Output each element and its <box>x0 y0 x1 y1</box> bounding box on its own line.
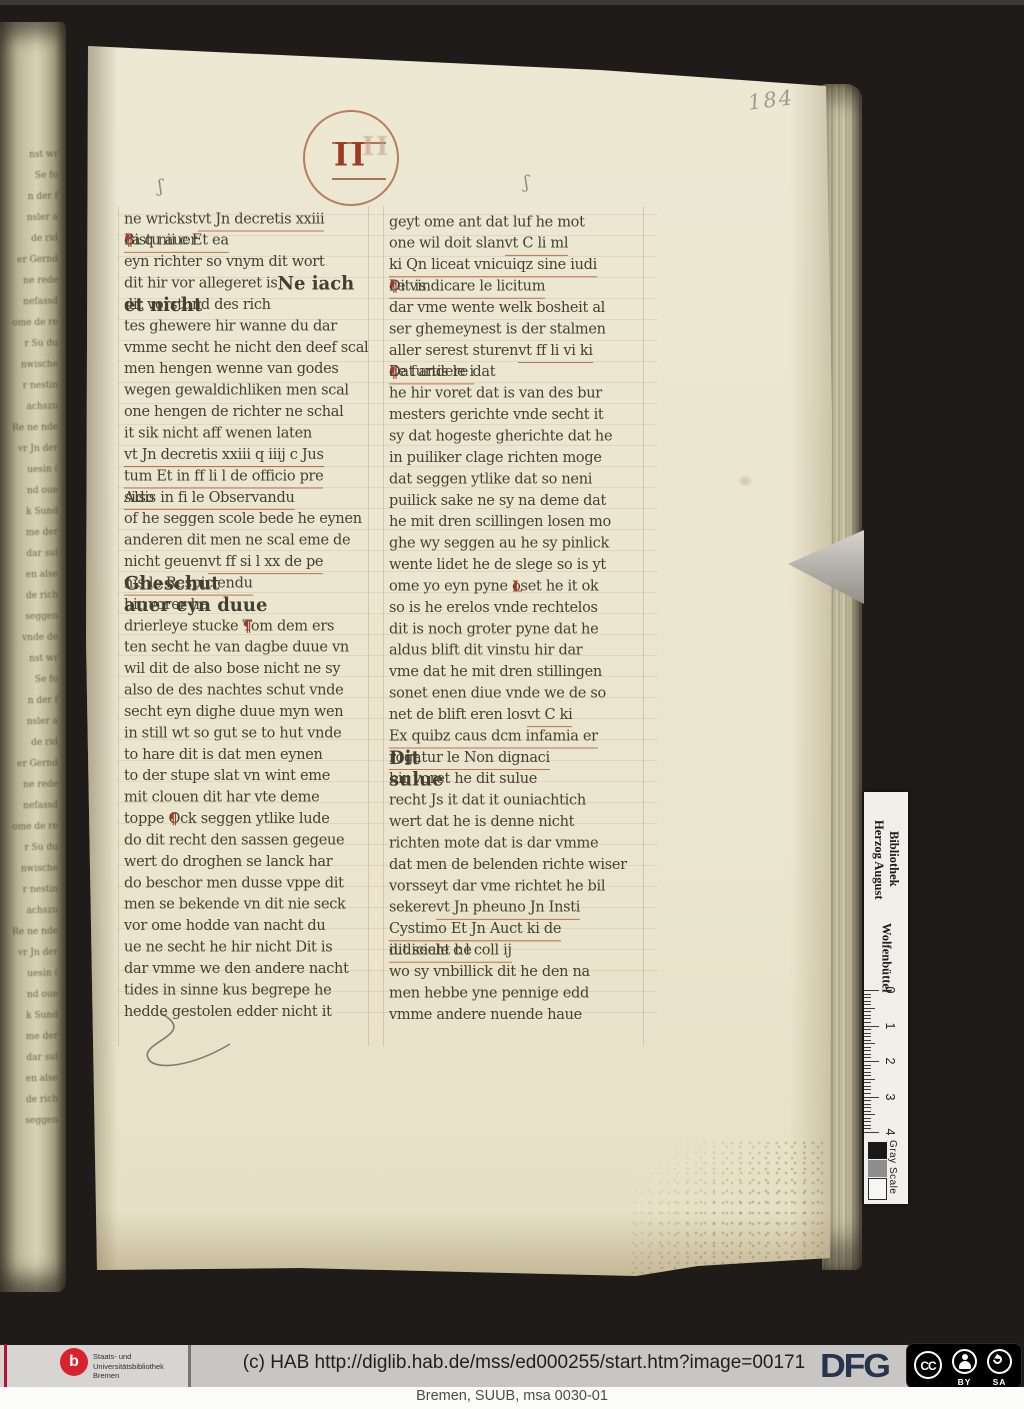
manuscript-line: of he seggen scole bede he eynen <box>124 509 376 530</box>
gutter-shadow <box>84 40 118 1272</box>
manuscript-line: ten secht he van dagbe duue vn <box>124 637 376 658</box>
manuscript-line: vme dat he mit dren stillingen <box>389 662 641 683</box>
manuscript-line: et nicht dit vorstund des rich <box>124 295 376 316</box>
manuscript-line: iudiciale c l coll ij dit secht he <box>389 940 641 961</box>
by-person-icon <box>952 1349 977 1374</box>
column-guide-line <box>383 206 384 1046</box>
manuscript-line: sulue hir voret he dit sulue <box>389 769 641 790</box>
manuscript-line: dat men de belenden richte wiser <box>389 855 641 876</box>
by-label: BY <box>952 1377 977 1387</box>
facing-page-fragment: Se fo <box>6 170 58 181</box>
manuscript-line: dar vmme we den andere nacht <box>124 959 376 980</box>
color-scale-strip: Herzog August Bibliothek Wolfenbüttel 01… <box>864 792 908 1204</box>
manuscript-line: in puiliker clage richten moge <box>389 448 641 469</box>
facing-page-fragment: de rid <box>6 233 58 244</box>
manuscript-line: wo sy vnbillick dit he den na <box>389 962 641 983</box>
manuscript-line: wert do droghen se lanck har <box>124 852 376 873</box>
manuscript-line: secht eyn dighe duue myn wen <box>124 702 376 723</box>
page-stain <box>738 476 752 486</box>
manuscript-line: wente lidet he de slege so is yt <box>389 555 641 576</box>
manuscript-line: ser ghemeynest is der stalmen <box>389 319 641 340</box>
manuscript-line: do beschor men dusse vppe dit <box>124 873 376 894</box>
grayscale-swatch <box>868 1160 887 1177</box>
manuscript-line: one hengen de richter ne schal <box>124 402 376 423</box>
circle-mark-rule <box>332 178 386 180</box>
facing-page-fragment: ne rede <box>6 275 58 286</box>
manuscript-line: to der stupe slat vn wint eme <box>124 766 376 787</box>
facing-page-fragment: Re ne nde <box>6 926 58 937</box>
suub-b-icon: b <box>60 1348 88 1376</box>
manuscript-line: vmme andere nuende haue <box>389 1005 641 1026</box>
manuscript-line: Cystimo Et Jn Auct ki de <box>389 919 641 940</box>
shelfmark-text: Bremen, SUUB, msa 0030-01 <box>0 1388 1024 1404</box>
facing-page-fragment: Se fo <box>6 674 58 685</box>
manuscript-line: he hir voret dat is van des bur <box>389 383 641 404</box>
grayscale-swatch <box>868 1142 887 1159</box>
manuscript-line: vor ome hodde van nacht du <box>124 916 376 937</box>
manuscript-line: wert dat he is denne nicht <box>389 812 641 833</box>
facing-page-fragment: achszu <box>6 905 58 916</box>
manuscript-line: ca q nii c Et ea ¶ Bistu auer <box>124 230 376 251</box>
manuscript-line: men hengen wenne van godes <box>124 359 376 380</box>
manuscript-column-1: ne wrickst vt Jn decretis xxiiica q nii … <box>124 209 376 1023</box>
facing-page-fragment: k Sund <box>6 1010 58 1021</box>
facing-page-fragment: de rich <box>6 1094 58 1105</box>
manuscript-line: to hare dit is dat men eynen <box>124 745 376 766</box>
manuscript-line: tes ghewere hir wanne du dar <box>124 316 376 337</box>
manuscript-line: geyt ome ant dat luf he mot <box>389 212 641 233</box>
suub-logo-bar <box>4 1362 7 1374</box>
facing-page-fragment: er Gernd <box>6 254 58 265</box>
pen-flourish <box>128 1008 268 1078</box>
facing-page-fragment: seggen <box>6 1115 58 1126</box>
facing-page-fragment: en alse <box>6 569 58 580</box>
facing-page-fragment: uesin ( <box>6 968 58 979</box>
manuscript-line: do dit recht den sassen gegeue <box>124 830 376 851</box>
column-guide-line <box>643 206 644 1046</box>
page-bottom-shade <box>86 1210 834 1276</box>
manuscript-line: dit hir vor allegeret is Ne iach <box>124 273 376 294</box>
manuscript-line: recht Js it dat it ouniachtich <box>389 790 641 811</box>
facing-page-fragment: nefassd <box>6 800 58 811</box>
sa-arrow-icon <box>987 1349 1012 1374</box>
facing-page-fragment: nst wr <box>6 149 58 160</box>
manuscript-line: in still wt so gut se to hut vnde <box>124 723 376 744</box>
manuscript-line: rogatur le Non dignaci Dit <box>389 748 641 769</box>
manuscript-line: mit clouen dit har vte deme <box>124 787 376 808</box>
manuscript-line: ue ne secht he hir nicht Dit is <box>124 937 376 958</box>
facing-page-fragment: vnde de <box>6 632 58 643</box>
facing-page-fragment: me der <box>6 527 58 538</box>
facing-page-text-fragments: nst wrSe fon der fnsler ade rider Gerndn… <box>0 22 66 1292</box>
page-stain <box>70 1040 86 1052</box>
manuscript-line: auer eyn duue hir vorer he <box>124 595 376 616</box>
manuscript-line: sekere vt Jn pheuno Jn Insti <box>389 897 641 918</box>
facing-page-fragment: dar sul <box>6 548 58 559</box>
facing-page-fragment: r Su du <box>6 338 58 349</box>
ruler-number: 1 <box>883 1020 897 1032</box>
manuscript-line: dat seggen ytlike dat so neni <box>389 469 641 490</box>
facing-page-fragment: uesin ( <box>6 464 58 475</box>
manuscript-line: de furtis le i ¶ Dat andere dat <box>389 362 641 383</box>
manuscript-line: vorsseyt dar vme richtet he bil <box>389 876 641 897</box>
facing-page-fragment: en alse <box>6 1073 58 1084</box>
scan-canvas: nst wrSe fon der fnsler ade rider Gerndn… <box>0 0 1024 1409</box>
cc-icon: CC <box>914 1351 942 1379</box>
facing-page-fragment: nsler a <box>6 716 58 727</box>
manuscript-column-2: geyt ome ant dat luf he motone wil doit … <box>389 212 641 1026</box>
bremen-line3: Bremen <box>93 1371 164 1381</box>
facing-page-fragment: nd oue <box>6 485 58 496</box>
facing-page-fragment: vr Jn der <box>6 443 58 454</box>
manuscript-line: wil dit de also bose nicht ne sy <box>124 659 376 680</box>
facing-page-fragment: Re ne nde <box>6 422 58 433</box>
bremen-line1: Staats- und <box>93 1352 164 1362</box>
manuscript-line: one wil doit slan vt C li ml <box>389 233 641 254</box>
ruler-number: 4 <box>883 1126 897 1138</box>
manuscript-line: eyn richter so vnym dit wort <box>124 252 376 273</box>
manuscript-line: ghe wy seggen au he sy pinlick <box>389 533 641 554</box>
facing-page-fragment: achszu <box>6 401 58 412</box>
manuscript-line: drierleye stucke ¶ Tom dem ers <box>124 616 376 637</box>
facing-page-fragment: nefassd <box>6 296 58 307</box>
manuscript-line: men se bekende vn dit nie seck <box>124 894 376 915</box>
pen-trial-mark: ʃ <box>524 172 529 193</box>
ruler-number: 2 <box>883 1055 897 1067</box>
suub-bars-logo <box>4 1349 56 1383</box>
cc-license-badge: CC BY SA <box>906 1343 1022 1389</box>
facing-page-fragment: er Gernd <box>6 758 58 769</box>
ruler-number: 0 <box>883 984 897 996</box>
facing-page-fragment: r nestin <box>6 380 58 391</box>
manuscript-line: aller serest sturen vt ff li vi ki <box>389 341 641 362</box>
facing-page-fragment: r nestin <box>6 884 58 895</box>
manuscript-line: dit is noch groter pyne dat he <box>389 619 641 640</box>
manuscript-line: mesters gerichte vnde secht it <box>389 405 641 426</box>
facing-page-fragment: nwische <box>6 863 58 874</box>
manuscript-line: also de des nachtes schut vnde <box>124 680 376 701</box>
manuscript-line: dar vme wente welk bosheit al <box>389 298 641 319</box>
manuscript-line: men hebbe yne pennige edd <box>389 983 641 1004</box>
facing-page-fragment: r Su du <box>6 842 58 853</box>
bremen-line2: Universitätsbibliothek <box>93 1362 164 1372</box>
manuscript-line: so is he erelos vnde rechtelos <box>389 598 641 619</box>
manuscript-line: ki Qn liceat vnicuiqz sine iudi <box>389 255 641 276</box>
facing-page-fragment: de rich <box>6 590 58 601</box>
manuscript-line: nis le Respiciendu Gheschut <box>124 573 376 594</box>
manuscript-line: wegen gewaldichliken men scal <box>124 380 376 401</box>
facing-page-fragment: ome de re <box>6 317 58 328</box>
facing-page-fragment: nd oue <box>6 989 58 1000</box>
circle-mark-numeral: II <box>334 137 368 174</box>
copyright-url-text: (c) HAB http://diglib.hab.de/mss/ed00025… <box>218 1352 830 1374</box>
manuscript-line: sy dat hogeste gherichte dat he <box>389 426 641 447</box>
manuscript-line: tides in sinne kus begrepe he <box>124 980 376 1001</box>
facing-page-fragment: ne rede <box>6 779 58 790</box>
facing-page-fragment: nsler a <box>6 212 58 223</box>
column-guide-line <box>118 206 119 1046</box>
manuscript-line: puilick sake ne sy na deme dat <box>389 490 641 511</box>
facing-page-fragment: me der <box>6 1031 58 1042</box>
manuscript-line: aldus blift dit vinstu hir dar <box>389 640 641 661</box>
scan-top-edge <box>0 0 1024 5</box>
dfg-logo: DFG <box>820 1347 889 1385</box>
manuscript-line: Ex quibz caus dcm infamia er <box>389 726 641 747</box>
manuscript-line: vmme secht he nicht den deef scal <box>124 338 376 359</box>
grayscale-label: Gray Scale <box>887 1140 898 1204</box>
facing-page-fragment: n der f <box>6 191 58 202</box>
ruler-number: 3 <box>883 1091 897 1103</box>
manuscript-line: ne wrickst vt Jn decretis xxiii <box>124 209 376 230</box>
grayscale-swatch <box>868 1178 887 1200</box>
manuscript-line: he mit dren scillingen losen mo <box>389 512 641 533</box>
manuscript-line: vt Jn decretis xxiii q iiij c Jus <box>124 445 376 466</box>
facing-page-fragment: nst wr <box>6 653 58 664</box>
facing-page-fragment: ome de re <box>6 821 58 832</box>
by-person-body <box>959 1361 971 1369</box>
panel-seam <box>188 1345 191 1387</box>
bremen-library-name: Staats- und Universitätsbibliothek Breme… <box>93 1352 164 1381</box>
facing-page-fragment: nwische <box>6 359 58 370</box>
manuscript-line: nicht geuen vt ff si l xx de pe <box>124 552 376 573</box>
manuscript-line: net de blift eren los vt C ki <box>389 705 641 726</box>
manuscript-line: ce vindicare le licitum ¶ Dit is <box>389 276 641 297</box>
manuscript-line: richten mote dat is dar vmme <box>389 833 641 854</box>
by-person-head <box>962 1354 968 1360</box>
manuscript-line: ome yo eyn pyne Loset he it ok <box>389 576 641 597</box>
facing-page-fragment: n der f <box>6 695 58 706</box>
sa-label: SA <box>987 1377 1012 1387</box>
manuscript-line: sonet enen diue vnde we de so <box>389 683 641 704</box>
facing-page-fragment: de rid <box>6 737 58 748</box>
manuscript-line: anderen dit men ne scal eme de <box>124 530 376 551</box>
facing-page-fragment: dar sul <box>6 1052 58 1063</box>
pen-trial-mark: ʃ <box>158 176 163 197</box>
fore-edge-shadow <box>790 80 834 1270</box>
manuscript-line: sidis in fi le Observandu Also <box>124 487 376 508</box>
folio-number: 184 <box>747 85 796 114</box>
manuscript-line: it sik nicht aff wenen laten <box>124 423 376 444</box>
manuscript-line: toppe ¶ Ock seggen ytlike lude <box>124 809 376 830</box>
facing-page-fragment: seggen <box>6 611 58 622</box>
manuscript-line: tum Et in ff li l de officio pre <box>124 466 376 487</box>
facing-page-edge: nst wrSe fon der fnsler ade rider Gerndn… <box>0 22 66 1292</box>
facing-page-fragment: vr Jn der <box>6 947 58 958</box>
facing-page-fragment: k Sund <box>6 506 58 517</box>
